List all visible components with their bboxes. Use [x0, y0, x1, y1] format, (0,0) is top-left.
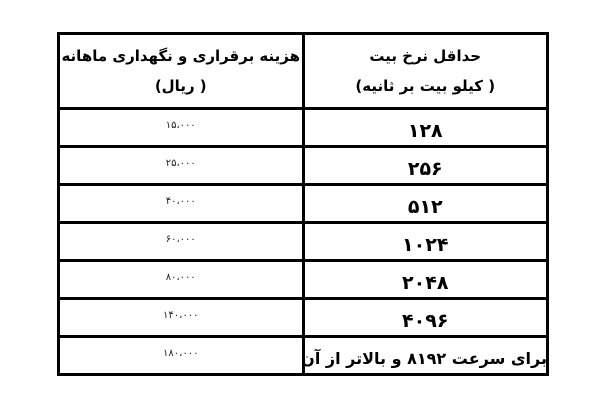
- bitrate-cost-table: حداقل نرخ بیت ( کیلو بیت بر ثانیه) هزینه…: [57, 32, 549, 376]
- cost-value: ۱۸۰،۰۰۰: [163, 348, 198, 359]
- rate-cell: برای سرعت ۸۱۹۲ و بالاتر از آن: [303, 337, 548, 375]
- header-monthly-cost: هزینه برقراری و نگهداری ماهانه ( ریال): [59, 34, 304, 109]
- cost-cell: ۸۰،۰۰۰: [59, 261, 304, 299]
- header-min-bitrate-unit: ( کیلو بیت بر ثانیه): [305, 71, 547, 101]
- rate-value: ۱۲۸: [408, 120, 443, 142]
- rate-cell: ۱۰۲۴: [303, 223, 548, 261]
- cost-cell: ۱۴۰،۰۰۰: [59, 299, 304, 337]
- rate-value: ۱۰۲۴: [402, 234, 448, 256]
- header-row: حداقل نرخ بیت ( کیلو بیت بر ثانیه) هزینه…: [59, 34, 548, 109]
- cost-cell: ۱۸۰،۰۰۰: [59, 337, 304, 375]
- table-row: ۲۵۶ ۲۵،۰۰۰: [59, 147, 548, 185]
- cost-value: ۶۰،۰۰۰: [166, 234, 196, 245]
- cost-cell: ۲۵،۰۰۰: [59, 147, 304, 185]
- rate-value: ۴۰۹۶: [402, 310, 448, 332]
- header-monthly-cost-unit: ( ریال): [60, 71, 302, 101]
- header-min-bitrate: حداقل نرخ بیت ( کیلو بیت بر ثانیه): [303, 34, 548, 109]
- rate-value: ۲۰۴۸: [402, 272, 448, 294]
- cost-cell: ۱۵،۰۰۰: [59, 109, 304, 147]
- table-row: ۱۲۸ ۱۵،۰۰۰: [59, 109, 548, 147]
- table-row: ۵۱۲ ۴۰،۰۰۰: [59, 185, 548, 223]
- cost-cell: ۶۰،۰۰۰: [59, 223, 304, 261]
- rate-cell: ۱۲۸: [303, 109, 548, 147]
- rate-cell: ۲۵۶: [303, 147, 548, 185]
- cost-cell: ۴۰،۰۰۰: [59, 185, 304, 223]
- cost-value: ۸۰،۰۰۰: [166, 272, 196, 283]
- rate-value: ۲۵۶: [408, 158, 443, 180]
- table-row: ۱۰۲۴ ۶۰،۰۰۰: [59, 223, 548, 261]
- rate-value: ۵۱۲: [408, 196, 443, 218]
- cost-value: ۱۵،۰۰۰: [166, 120, 196, 131]
- table-row: ۲۰۴۸ ۸۰،۰۰۰: [59, 261, 548, 299]
- rate-cell: ۲۰۴۸: [303, 261, 548, 299]
- table-row: برای سرعت ۸۱۹۲ و بالاتر از آن ۱۸۰،۰۰۰: [59, 337, 548, 375]
- header-min-bitrate-title: حداقل نرخ بیت: [305, 41, 547, 71]
- header-monthly-cost-title: هزینه برقراری و نگهداری ماهانه: [60, 41, 302, 71]
- cost-value: ۱۴۰،۰۰۰: [163, 310, 198, 321]
- rate-value: برای سرعت ۸۱۹۲ و بالاتر از آن: [303, 349, 547, 368]
- rate-cell: ۵۱۲: [303, 185, 548, 223]
- cost-value: ۲۵،۰۰۰: [166, 158, 196, 169]
- table-row: ۴۰۹۶ ۱۴۰،۰۰۰: [59, 299, 548, 337]
- rate-cell: ۴۰۹۶: [303, 299, 548, 337]
- cost-value: ۴۰،۰۰۰: [166, 196, 196, 207]
